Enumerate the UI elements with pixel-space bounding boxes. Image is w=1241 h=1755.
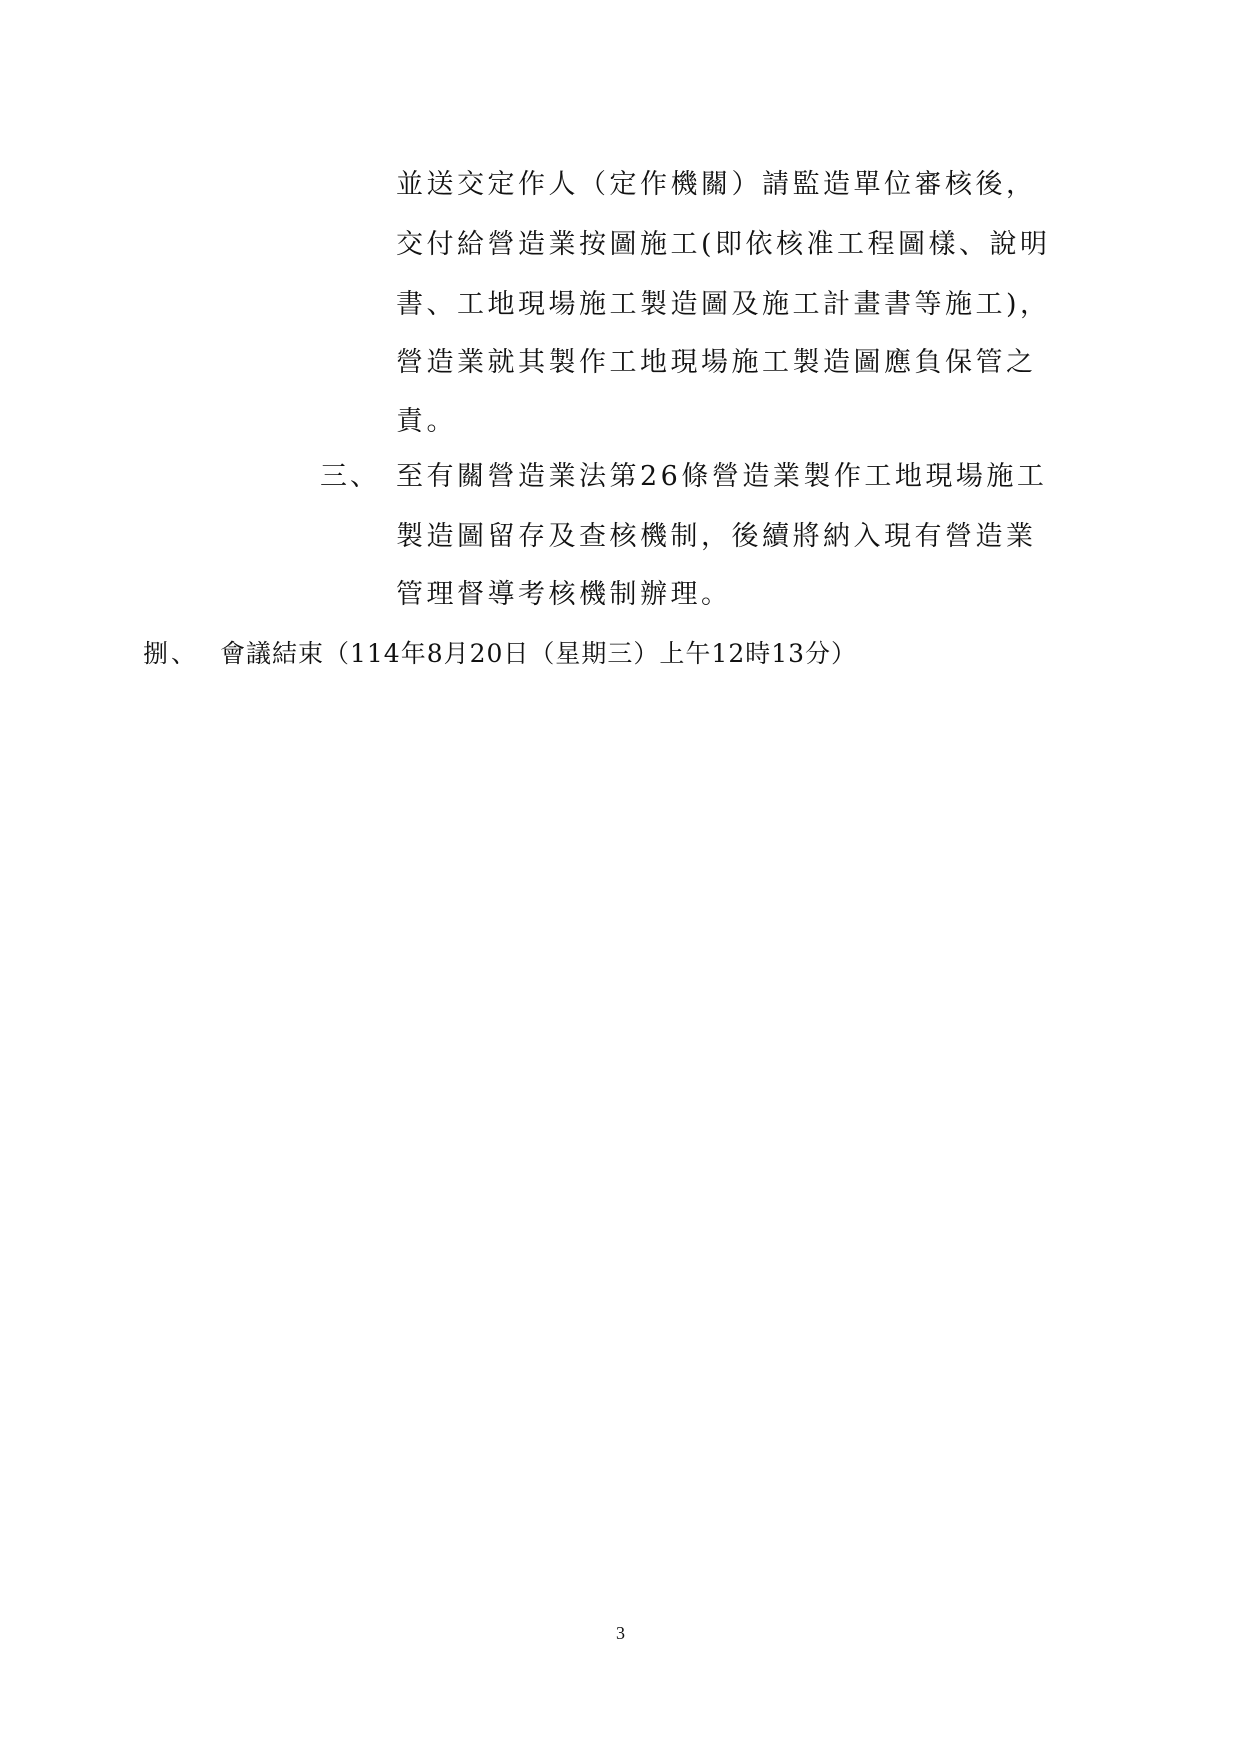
- meeting-end-text: 會議結束（114年8月20日（星期三）上午12時13分）: [220, 637, 857, 671]
- text-line: 營造業就其製作工地現場施工製造圖應負保管之: [396, 346, 1037, 380]
- section-marker: 捌、: [143, 637, 199, 671]
- text-line: 書、工地現場施工製造圖及施工計畫書等施工)，: [396, 288, 1051, 322]
- document-page: 並送交定作人（定作機關）請監造單位審核後， 交付給營造業按圖施工(即依核准工程圖…: [0, 0, 1241, 1755]
- page-number: 3: [0, 1622, 1241, 1644]
- text-line: 並送交定作人（定作機關）請監造單位審核後，: [396, 168, 1037, 202]
- text-line: 交付給營造業按圖施工(即依核准工程圖樣、說明: [396, 228, 1051, 262]
- list-marker: 三、: [320, 460, 380, 494]
- text-line: 至有關營造業法第26條營造業製作工地現場施工: [396, 460, 1047, 494]
- text-line: 製造圖留存及查核機制，後續將納入現有營造業: [396, 520, 1037, 554]
- text-line: 責。: [396, 405, 457, 439]
- text-line: 管理督導考核機制辦理。: [396, 578, 732, 612]
